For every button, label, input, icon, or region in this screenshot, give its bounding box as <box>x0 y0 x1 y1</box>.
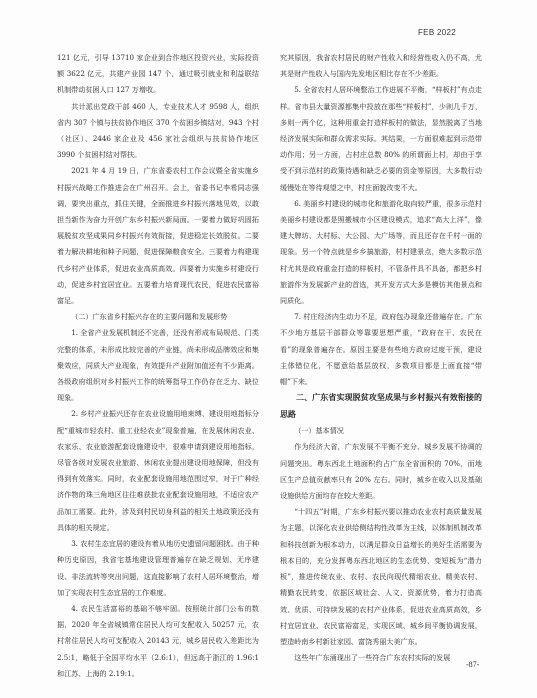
section-heading: 二、广东省实现脱贫攻坚成果与乡村振兴有效衔接的思路 <box>280 390 482 423</box>
paragraph: 究其原因，我省农村居民的财产性收入和经营性收入仍不高，尤其是财产性收入与国内先发… <box>280 50 482 82</box>
paragraph: “十四五”时期，广东乡村振兴要以推动农业农村高质量发展为主题，以深化农业供给侧结… <box>280 504 482 650</box>
section-subheading: （一）基本情况 <box>280 423 482 439</box>
paragraph: 3. 农村生态宜居的建设有着从地历史遗留问题困扰。由于种种历史原因，我省宅基地建… <box>57 536 259 601</box>
paragraph: 6. 美丽乡村建设的城市化和旅游化取向较严重，很多示范村美丽乡村建设都是照搬城市… <box>280 196 482 309</box>
paragraph: 这些年广东涌现出了一些符合广东农村实际的发展 <box>280 650 482 666</box>
left-text-column: 121 亿元，引导 13710 家企业到合作地区投资兴业，实际投资额 3622 … <box>57 50 259 682</box>
paragraph: 共计派出党政干部 460 人，专业技术人才 9598 人，组织省内 307 个镇… <box>57 99 259 164</box>
paragraph: 121 亿元，引导 13710 家企业到合作地区投资兴业，实际投资额 3622 … <box>57 50 259 99</box>
paragraph: 4. 农民生活富裕的基础不够牢固。按照统计部门公布的数据，2020 年全省城镇常… <box>57 601 259 682</box>
section-subheading: （二）广东省乡村振兴存在的主要问题和发展形势 <box>57 309 259 325</box>
paragraph: 2. 乡村产业振兴还存在农业设施用地束缚、建设用地指标分配“重城市轻农村、重工业… <box>57 406 259 536</box>
paragraph: 5. 全省农村人居环境整治工作进展不平衡，“样板村”有点走样。省市县大量资源都集… <box>280 82 482 195</box>
paragraph: 2021 年 4 月 19 日，广东省委农村工作会议暨全省实施乡村振兴战略工作推… <box>57 163 259 309</box>
paragraph: 7. 村庄经济内生动力不足，政府包办现象还普遍存在。广东不少地方基层干部群众等靠… <box>280 309 482 390</box>
paragraph: 作为经济大省，广东发展不平衡不充分、城乡发展不协调的问题突出。粤东西北土地面积约… <box>280 439 482 504</box>
paragraph: 1. 全省产业发展机制还不完善，还没有形成布局规范、门类完整的体系，未形成比较完… <box>57 325 259 406</box>
issue-date-header: FEB 2022 <box>418 28 456 37</box>
right-text-column: 究其原因，我省农村居民的财产性收入和经营性收入仍不高，尤其是财产性收入与国内先发… <box>280 50 482 666</box>
page-number: -87- <box>466 660 479 669</box>
